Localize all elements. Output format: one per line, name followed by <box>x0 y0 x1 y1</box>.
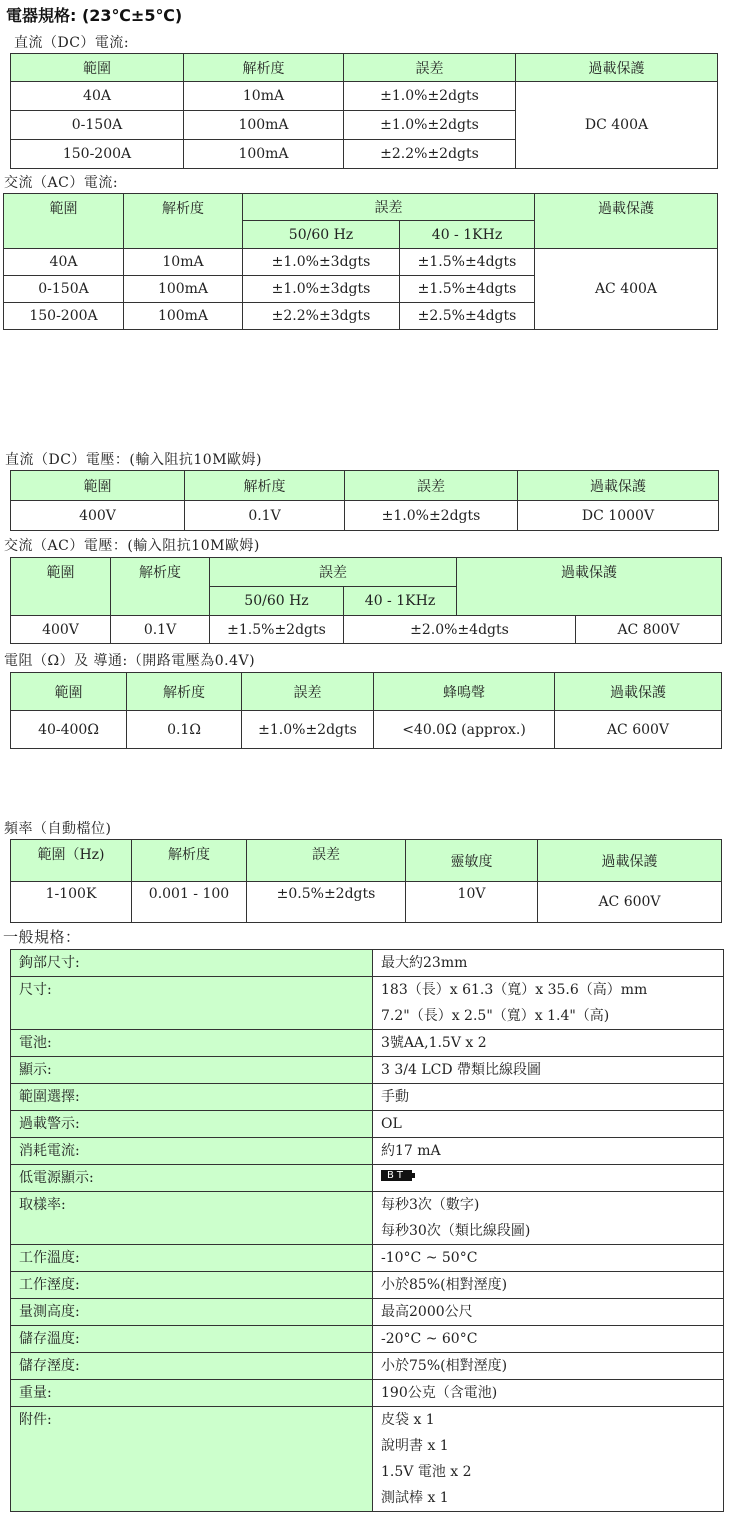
spec-label: 鉤部尺寸: <box>11 950 373 977</box>
resistance-table: 範圍 解析度 誤差 蜂鳴聲 過載保護 40-400Ω 0.1Ω ±1.0%±2d… <box>10 672 722 749</box>
spec-row: 儲存溼度: 小於75%(相對溼度) <box>11 1353 724 1380</box>
resolution-cell: 0.1V <box>111 616 210 644</box>
spec-row: 電池: 3號AA,1.5V x 2 <box>11 1030 724 1057</box>
subheader-50-60hz: 50/60 Hz <box>210 587 344 616</box>
overload-cell: AC 800V <box>576 616 722 644</box>
spec-value-line: 測試棒 x 1 <box>381 1485 723 1511</box>
spec-row: 取樣率: 每秒3次（數字)每秒30次（類比線段圖) <box>11 1192 724 1245</box>
header-overload: 過載保護 <box>516 54 718 82</box>
spec-label: 取樣率: <box>11 1192 373 1245</box>
header-range: 範圍 <box>4 194 124 249</box>
accuracy-cell: ±2.2%±2dgts <box>344 140 516 169</box>
spec-value-line: 183（長）x 61.3（寬）x 35.6（高）mm <box>381 977 723 1003</box>
low-battery-icon: BT <box>381 1165 415 1185</box>
subheader-40-1khz: 40 - 1KHz <box>400 221 535 249</box>
range-cell: 40A <box>4 249 124 276</box>
spec-value: 最高2000公尺 <box>373 1299 724 1326</box>
table-row: 40A 10mA ±1.0%±2dgts DC 400A <box>11 82 718 111</box>
accuracy-cell: ±0.5%±2dgts <box>247 882 406 923</box>
header-resolution: 解析度 <box>111 558 210 616</box>
spec-value-line: 190公克（含電池) <box>381 1380 723 1406</box>
spec-value-line: 最大約23mm <box>381 950 723 976</box>
header-overload: 過載保護 <box>555 673 722 711</box>
spec-value-line: 1.5V 電池 x 2 <box>381 1459 723 1485</box>
subheader-40-1khz: 40 - 1KHz <box>344 587 457 616</box>
overload-cell: AC 400A <box>535 249 718 330</box>
table-row: 40A 10mA ±1.0%±3dgts ±1.5%±4dgts AC 400A <box>4 249 718 276</box>
spec-label: 附件: <box>11 1407 373 1512</box>
header-accuracy: 誤差 <box>344 54 516 82</box>
header-range: 範圍 <box>11 471 185 501</box>
table-row: 400V 0.1V ±1.0%±2dgts DC 1000V <box>11 501 719 531</box>
spec-value: 皮袋 x 1說明書 x 11.5V 電池 x 2測試棒 x 1 <box>373 1407 724 1512</box>
spec-row: 過載警示: OL <box>11 1111 724 1138</box>
spec-label: 重量: <box>11 1380 373 1407</box>
header-range: 範圍 <box>11 558 111 616</box>
spec-value: 小於75%(相對溼度) <box>373 1353 724 1380</box>
spec-label: 顯示: <box>11 1057 373 1084</box>
dc-current-caption: 直流（DC）電流: <box>14 32 129 52</box>
spec-label: 尺寸: <box>11 977 373 1030</box>
table-row: 1-100K 0.001 - 100 ±0.5%±2dgts 10V AC 60… <box>11 882 722 923</box>
accuracy-50-60-cell: ±1.5%±2dgts <box>210 616 344 644</box>
range-cell: 40-400Ω <box>11 711 127 749</box>
table-row: 400V 0.1V ±1.5%±2dgts ±2.0%±4dgts AC 800… <box>11 616 722 644</box>
header-resolution: 解析度 <box>124 194 243 249</box>
spec-value-line: 3號AA,1.5V x 2 <box>381 1030 723 1056</box>
resistance-caption: 電阻（Ω）及 導通:（開路電壓為0.4V) <box>4 650 255 670</box>
spec-value: 190公克（含電池) <box>373 1380 724 1407</box>
resolution-cell: 100mA <box>124 303 243 330</box>
accuracy-cell: ±1.0%±2dgts <box>345 501 518 531</box>
spec-label: 過載警示: <box>11 1111 373 1138</box>
overload-cell: AC 600V <box>555 711 722 749</box>
spec-value-line: -10°C ~ 50°C <box>381 1245 723 1271</box>
spec-value: 小於85%(相對溼度) <box>373 1272 724 1299</box>
range-cell: 150-200A <box>4 303 124 330</box>
header-accuracy: 誤差 <box>243 194 535 221</box>
resolution-cell: 10mA <box>184 82 344 111</box>
range-cell: 40A <box>11 82 184 111</box>
dc-voltage-caption: 直流（DC）電壓：(輸入阻抗10M歐姆) <box>5 449 262 469</box>
header-accuracy: 誤差 <box>247 840 406 882</box>
accuracy-50-60-cell: ±2.2%±3dgts <box>243 303 400 330</box>
header-resolution: 解析度 <box>185 471 345 501</box>
resolution-cell: 0.1V <box>185 501 345 531</box>
ac-voltage-caption: 交流（AC）電壓：(輸入阻抗10M歐姆) <box>4 535 260 555</box>
spec-label: 工作溫度: <box>11 1245 373 1272</box>
resolution-cell: 100mA <box>184 111 344 140</box>
sensitivity-cell: 10V <box>406 882 538 923</box>
ac-voltage-table: 範圍 解析度 誤差 過載保護 50/60 Hz 40 - 1KHz 400V 0… <box>10 557 722 644</box>
spec-row: 鉤部尺寸: 最大約23mm <box>11 950 724 977</box>
ac-current-caption: 交流（AC）電流: <box>4 172 118 192</box>
spec-row: 重量: 190公克（含電池) <box>11 1380 724 1407</box>
spec-row: 顯示: 3 3/4 LCD 帶類比線段圖 <box>11 1057 724 1084</box>
dc-current-table: 範圍 解析度 誤差 過載保護 40A 10mA ±1.0%±2dgts DC 4… <box>10 53 718 169</box>
overload-cell: DC 400A <box>516 82 718 169</box>
resolution-cell: 0.1Ω <box>127 711 242 749</box>
header-accuracy: 誤差 <box>345 471 518 501</box>
accuracy-cell: ±1.0%±2dgts <box>242 711 374 749</box>
spec-value-line: 每秒3次（數字) <box>381 1192 723 1218</box>
range-cell: 150-200A <box>11 140 184 169</box>
spec-label: 範圍選擇: <box>11 1084 373 1111</box>
accuracy-50-60-cell: ±1.0%±3dgts <box>243 249 400 276</box>
spec-value-line: 3 3/4 LCD 帶類比線段圖 <box>381 1057 723 1083</box>
accuracy-40-1k-cell: ±1.5%±4dgts <box>400 249 535 276</box>
spec-value: 最大約23mm <box>373 950 724 977</box>
range-cell: 1-100K <box>11 882 132 923</box>
general-specs-table: 鉤部尺寸: 最大約23mm 尺寸: 183（長）x 61.3（寬）x 35.6（… <box>10 949 724 1512</box>
header-sensitivity: 靈敏度 <box>406 840 538 882</box>
range-cell: 400V <box>11 616 111 644</box>
header-range: 範圍 <box>11 54 184 82</box>
spec-value-line: -20°C ~ 60°C <box>381 1326 723 1352</box>
buzzer-cell: <40.0Ω (approx.) <box>374 711 555 749</box>
resolution-cell: 0.001 - 100 <box>132 882 247 923</box>
spec-value: 手動 <box>373 1084 724 1111</box>
resolution-cell: 10mA <box>124 249 243 276</box>
header-overload: 過載保護 <box>535 194 718 249</box>
spec-value-line: 皮袋 x 1 <box>381 1407 723 1433</box>
header-resolution: 解析度 <box>127 673 242 711</box>
accuracy-40-1k-cell: ±2.5%±4dgts <box>400 303 535 330</box>
spec-value-line: 小於75%(相對溼度) <box>381 1353 723 1379</box>
range-cell: 0-150A <box>4 276 124 303</box>
header-overload: 過載保護 <box>538 840 722 882</box>
spec-value-line: 7.2"（長）x 2.5"（寬）x 1.4"（高) <box>381 1003 723 1029</box>
spec-row: 量測高度: 最高2000公尺 <box>11 1299 724 1326</box>
header-range: 範圍（Hz) <box>11 840 132 882</box>
spec-label: 工作溼度: <box>11 1272 373 1299</box>
accuracy-40-1k-cell: ±2.0%±4dgts <box>344 616 576 644</box>
accuracy-40-1k-cell: ±1.5%±4dgts <box>400 276 535 303</box>
spec-row: 尺寸: 183（長）x 61.3（寬）x 35.6（高）mm7.2"（長）x 2… <box>11 977 724 1030</box>
accuracy-cell: ±1.0%±2dgts <box>344 82 516 111</box>
spec-value: 3號AA,1.5V x 2 <box>373 1030 724 1057</box>
range-cell: 0-150A <box>11 111 184 140</box>
spec-value: 每秒3次（數字)每秒30次（類比線段圖) <box>373 1192 724 1245</box>
spec-value: 183（長）x 61.3（寬）x 35.6（高）mm7.2"（長）x 2.5"（… <box>373 977 724 1030</box>
spec-row: 附件: 皮袋 x 1說明書 x 11.5V 電池 x 2測試棒 x 1 <box>11 1407 724 1512</box>
spec-label: 低電源顯示: <box>11 1165 373 1192</box>
range-cell: 400V <box>11 501 185 531</box>
spec-row: 工作溼度: 小於85%(相對溼度) <box>11 1272 724 1299</box>
spec-label: 儲存溫度: <box>11 1326 373 1353</box>
page-title: 電器規格: (23℃±5℃) <box>6 3 182 26</box>
header-overload: 過載保護 <box>457 558 722 616</box>
spec-value-line: 小於85%(相對溼度) <box>381 1272 723 1298</box>
frequency-caption: 頻率（自動檔位) <box>4 818 111 838</box>
spec-value-line: 最高2000公尺 <box>381 1299 723 1325</box>
accuracy-cell: ±1.0%±2dgts <box>344 111 516 140</box>
overload-cell: DC 1000V <box>518 501 719 531</box>
spec-value: -20°C ~ 60°C <box>373 1326 724 1353</box>
spec-label: 儲存溼度: <box>11 1353 373 1380</box>
spec-row: 消耗電流: 約17 mA <box>11 1138 724 1165</box>
resolution-cell: 100mA <box>184 140 344 169</box>
spec-label: 電池: <box>11 1030 373 1057</box>
header-accuracy: 誤差 <box>242 673 374 711</box>
spec-value-line: 約17 mA <box>381 1138 723 1164</box>
spec-value: 約17 mA <box>373 1138 724 1165</box>
frequency-table: 範圍（Hz) 解析度 誤差 靈敏度 過載保護 1-100K 0.001 - 10… <box>10 839 722 923</box>
overload-cell: AC 600V <box>538 882 722 923</box>
header-resolution: 解析度 <box>184 54 344 82</box>
spec-value: OL <box>373 1111 724 1138</box>
spec-row: 範圍選擇: 手動 <box>11 1084 724 1111</box>
header-overload: 過載保護 <box>518 471 719 501</box>
spec-value: -10°C ~ 50°C <box>373 1245 724 1272</box>
spec-value: BT <box>373 1165 724 1192</box>
spec-value-line: 每秒30次（類比線段圖) <box>381 1218 723 1244</box>
dc-voltage-table: 範圍 解析度 誤差 過載保護 400V 0.1V ±1.0%±2dgts DC … <box>10 470 719 531</box>
spec-value: 3 3/4 LCD 帶類比線段圖 <box>373 1057 724 1084</box>
accuracy-50-60-cell: ±1.0%±3dgts <box>243 276 400 303</box>
header-resolution: 解析度 <box>132 840 247 882</box>
table-row: 40-400Ω 0.1Ω ±1.0%±2dgts <40.0Ω (approx.… <box>11 711 722 749</box>
header-buzzer: 蜂鳴聲 <box>374 673 555 711</box>
spec-row: 工作溫度: -10°C ~ 50°C <box>11 1245 724 1272</box>
spec-label: 消耗電流: <box>11 1138 373 1165</box>
spec-value-line: OL <box>381 1111 723 1137</box>
spec-row: 低電源顯示: BT <box>11 1165 724 1192</box>
ac-current-table: 範圍 解析度 誤差 過載保護 50/60 Hz 40 - 1KHz 40A 10… <box>3 193 718 330</box>
header-accuracy: 誤差 <box>210 558 457 587</box>
header-range: 範圍 <box>11 673 127 711</box>
resolution-cell: 100mA <box>124 276 243 303</box>
subheader-50-60hz: 50/60 Hz <box>243 221 400 249</box>
spec-label: 量測高度: <box>11 1299 373 1326</box>
spec-value-line: 手動 <box>381 1084 723 1110</box>
spec-value-line: 說明書 x 1 <box>381 1433 723 1459</box>
general-caption: 一般規格： <box>3 926 81 947</box>
spec-row: 儲存溫度: -20°C ~ 60°C <box>11 1326 724 1353</box>
